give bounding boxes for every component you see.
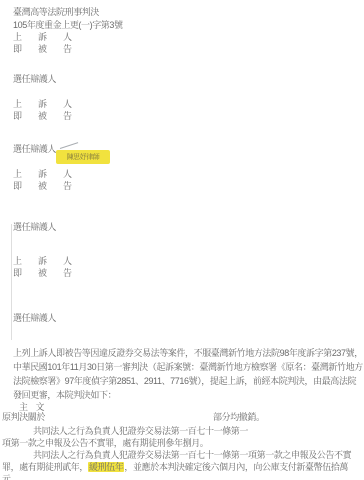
annotation-callout-line [60, 142, 78, 149]
ruling-count1-line: 共同法人之行為負責人犯證券交易法第一百七十一條第一 [33, 426, 248, 437]
counsel-note-highlight[interactable]: 陳思妤律師 [56, 150, 110, 164]
counsel-note-text: 陳思妤律師 [67, 152, 100, 162]
appellant-label: 上訴人 [13, 256, 88, 267]
defendant-label: 即被告 [13, 111, 88, 122]
defense-counsel-label: 選任辯護人 [13, 144, 56, 155]
case-number: 105年度重金上更(一)字第3號 [13, 20, 123, 31]
defendant-label: 即被告 [13, 44, 88, 55]
judgment-intro-line: 上列上訴人即被告等因違反證券交易法等案件，不服臺灣新竹地方法院98年度訴字第23… [13, 348, 363, 359]
probation-highlight[interactable]: 緩刑伍年 [88, 462, 124, 472]
judgment-document: 臺灣高等法院刑事判決 105年度重金上更(一)字第3號 上訴人 即被告 選任辯護… [0, 0, 364, 480]
ruling-count2-line: 罪，處有期徒刑貳年，緩刑伍年，並應於本判決確定後六個月內，向公庫支付新臺幣伍拾萬 [2, 462, 348, 473]
defendant-label: 即被告 [13, 181, 88, 192]
ruling-count2-line: 元。 [2, 474, 19, 480]
ruling-revoke-prefix: 原判決關於 [2, 412, 45, 423]
ruling-count1-line: 項第一款之申報及公告不實罪，處有期徒刑參年捌月。 [2, 438, 208, 449]
judgment-intro-line: 中華民國101年11月30日第一審判決（起訴案號：臺灣新竹地方檢察署《原名：臺灣… [13, 362, 363, 373]
defense-counsel-label: 選任辯護人 [13, 313, 56, 324]
defendant-label: 即被告 [13, 268, 88, 279]
ruling-count2-line: 共同法人之行為負責人犯證券交易法第一百七十一條第一項第一款之申報及公告不實 [33, 450, 351, 461]
defense-counsel-label: 選任辯護人 [13, 74, 56, 85]
appellant-label: 上訴人 [13, 99, 88, 110]
appellant-label: 上訴人 [13, 32, 88, 43]
ruling-revoke-suffix: 部分均撤銷。 [213, 412, 265, 423]
judgment-intro-line: 法院檢察署》97年度偵字第2851、2911、7716號），提起上訴，前經本院判… [13, 376, 356, 387]
ruling-count2-post: ，並應於本判決確定後六個月內，向公庫支付新臺幣伍拾萬 [124, 462, 348, 472]
page-title: 臺灣高等法院刑事判決 [13, 7, 99, 18]
judgment-intro-line: 發回更審，本院判決如下： [13, 390, 116, 401]
ruling-count2-pre: 罪，處有期徒刑貳年， [2, 462, 88, 472]
table-border-line [11, 224, 12, 340]
appellant-label: 上訴人 [13, 169, 88, 180]
defense-counsel-label: 選任辯護人 [13, 222, 56, 233]
